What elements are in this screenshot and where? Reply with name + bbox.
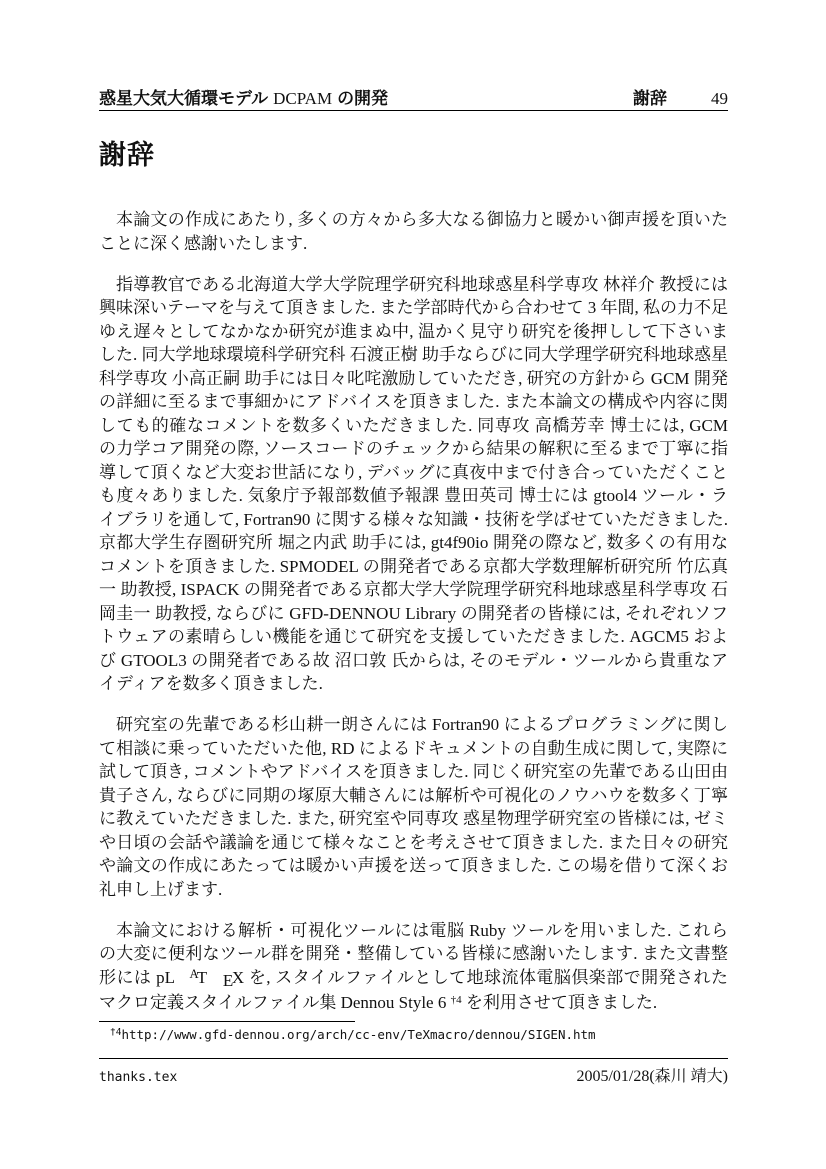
- footer-filename: thanks.tex: [99, 1070, 177, 1085]
- footnote-rule: [99, 1021, 355, 1022]
- body-text: 本論文の作成にあたり, 多くの方々から多大なる御協力と暖かい御声援を頂いたことに…: [99, 208, 728, 1015]
- header-rule: [99, 110, 728, 111]
- header-title: 惑星大気大循環モデルDCPAMの開発: [99, 84, 388, 109]
- paragraph-4-text-c: を利用させて頂きました.: [462, 993, 658, 1012]
- page-header: 惑星大気大循環モデルDCPAMの開発 謝辞49: [99, 84, 728, 109]
- inline-footnote-marker: †4: [451, 994, 462, 1006]
- platex-logo-p: p: [156, 968, 165, 987]
- document-page: 惑星大気大循環モデルDCPAMの開発 謝辞49 謝辞 本論文の作成にあたり, 多…: [0, 0, 826, 1169]
- platex-logo: pLATEX: [156, 968, 244, 987]
- footer-date-author: 2005/01/28(森川 靖大): [576, 1063, 728, 1086]
- paragraph-2: 指導教官である北海道大学大学院理学研究科地球惑星科学専攻 林祥介 教授には興味深…: [99, 273, 728, 696]
- header-right: 謝辞49: [633, 84, 728, 109]
- header-title-latin: DCPAM: [273, 89, 332, 108]
- paragraph-4: 本論文における解析・可視化ツールには電脳 Ruby ツールを用いました. これら…: [99, 919, 728, 1015]
- footnote-url: http://www.gfd-dennou.org/arch/cc-env/Te…: [121, 1027, 595, 1042]
- header-section-label: 謝辞: [633, 84, 667, 109]
- footnote: †4http://www.gfd-dennou.org/arch/cc-env/…: [99, 1027, 728, 1042]
- header-page-number: 49: [711, 89, 728, 109]
- footer-rule: [99, 1058, 728, 1059]
- paragraph-3: 研究室の先輩である杉山耕一朗さんには Fortran90 によるプログラミングに…: [99, 713, 728, 901]
- header-title-jp-suffix: の開発: [337, 89, 388, 108]
- platex-logo-e: E: [206, 969, 233, 993]
- platex-logo-a: A: [172, 963, 198, 987]
- paragraph-1: 本論文の作成にあたり, 多くの方々から多大なる御協力と暖かい御声援を頂いたことに…: [99, 208, 728, 255]
- platex-logo-x: X: [232, 968, 244, 987]
- section-title: 謝辞: [99, 133, 155, 172]
- header-title-jp-prefix: 惑星大気大循環モデル: [99, 89, 268, 108]
- footnote-marker: †4: [110, 1027, 121, 1038]
- page-footer: thanks.tex 2005/01/28(森川 靖大): [99, 1063, 728, 1086]
